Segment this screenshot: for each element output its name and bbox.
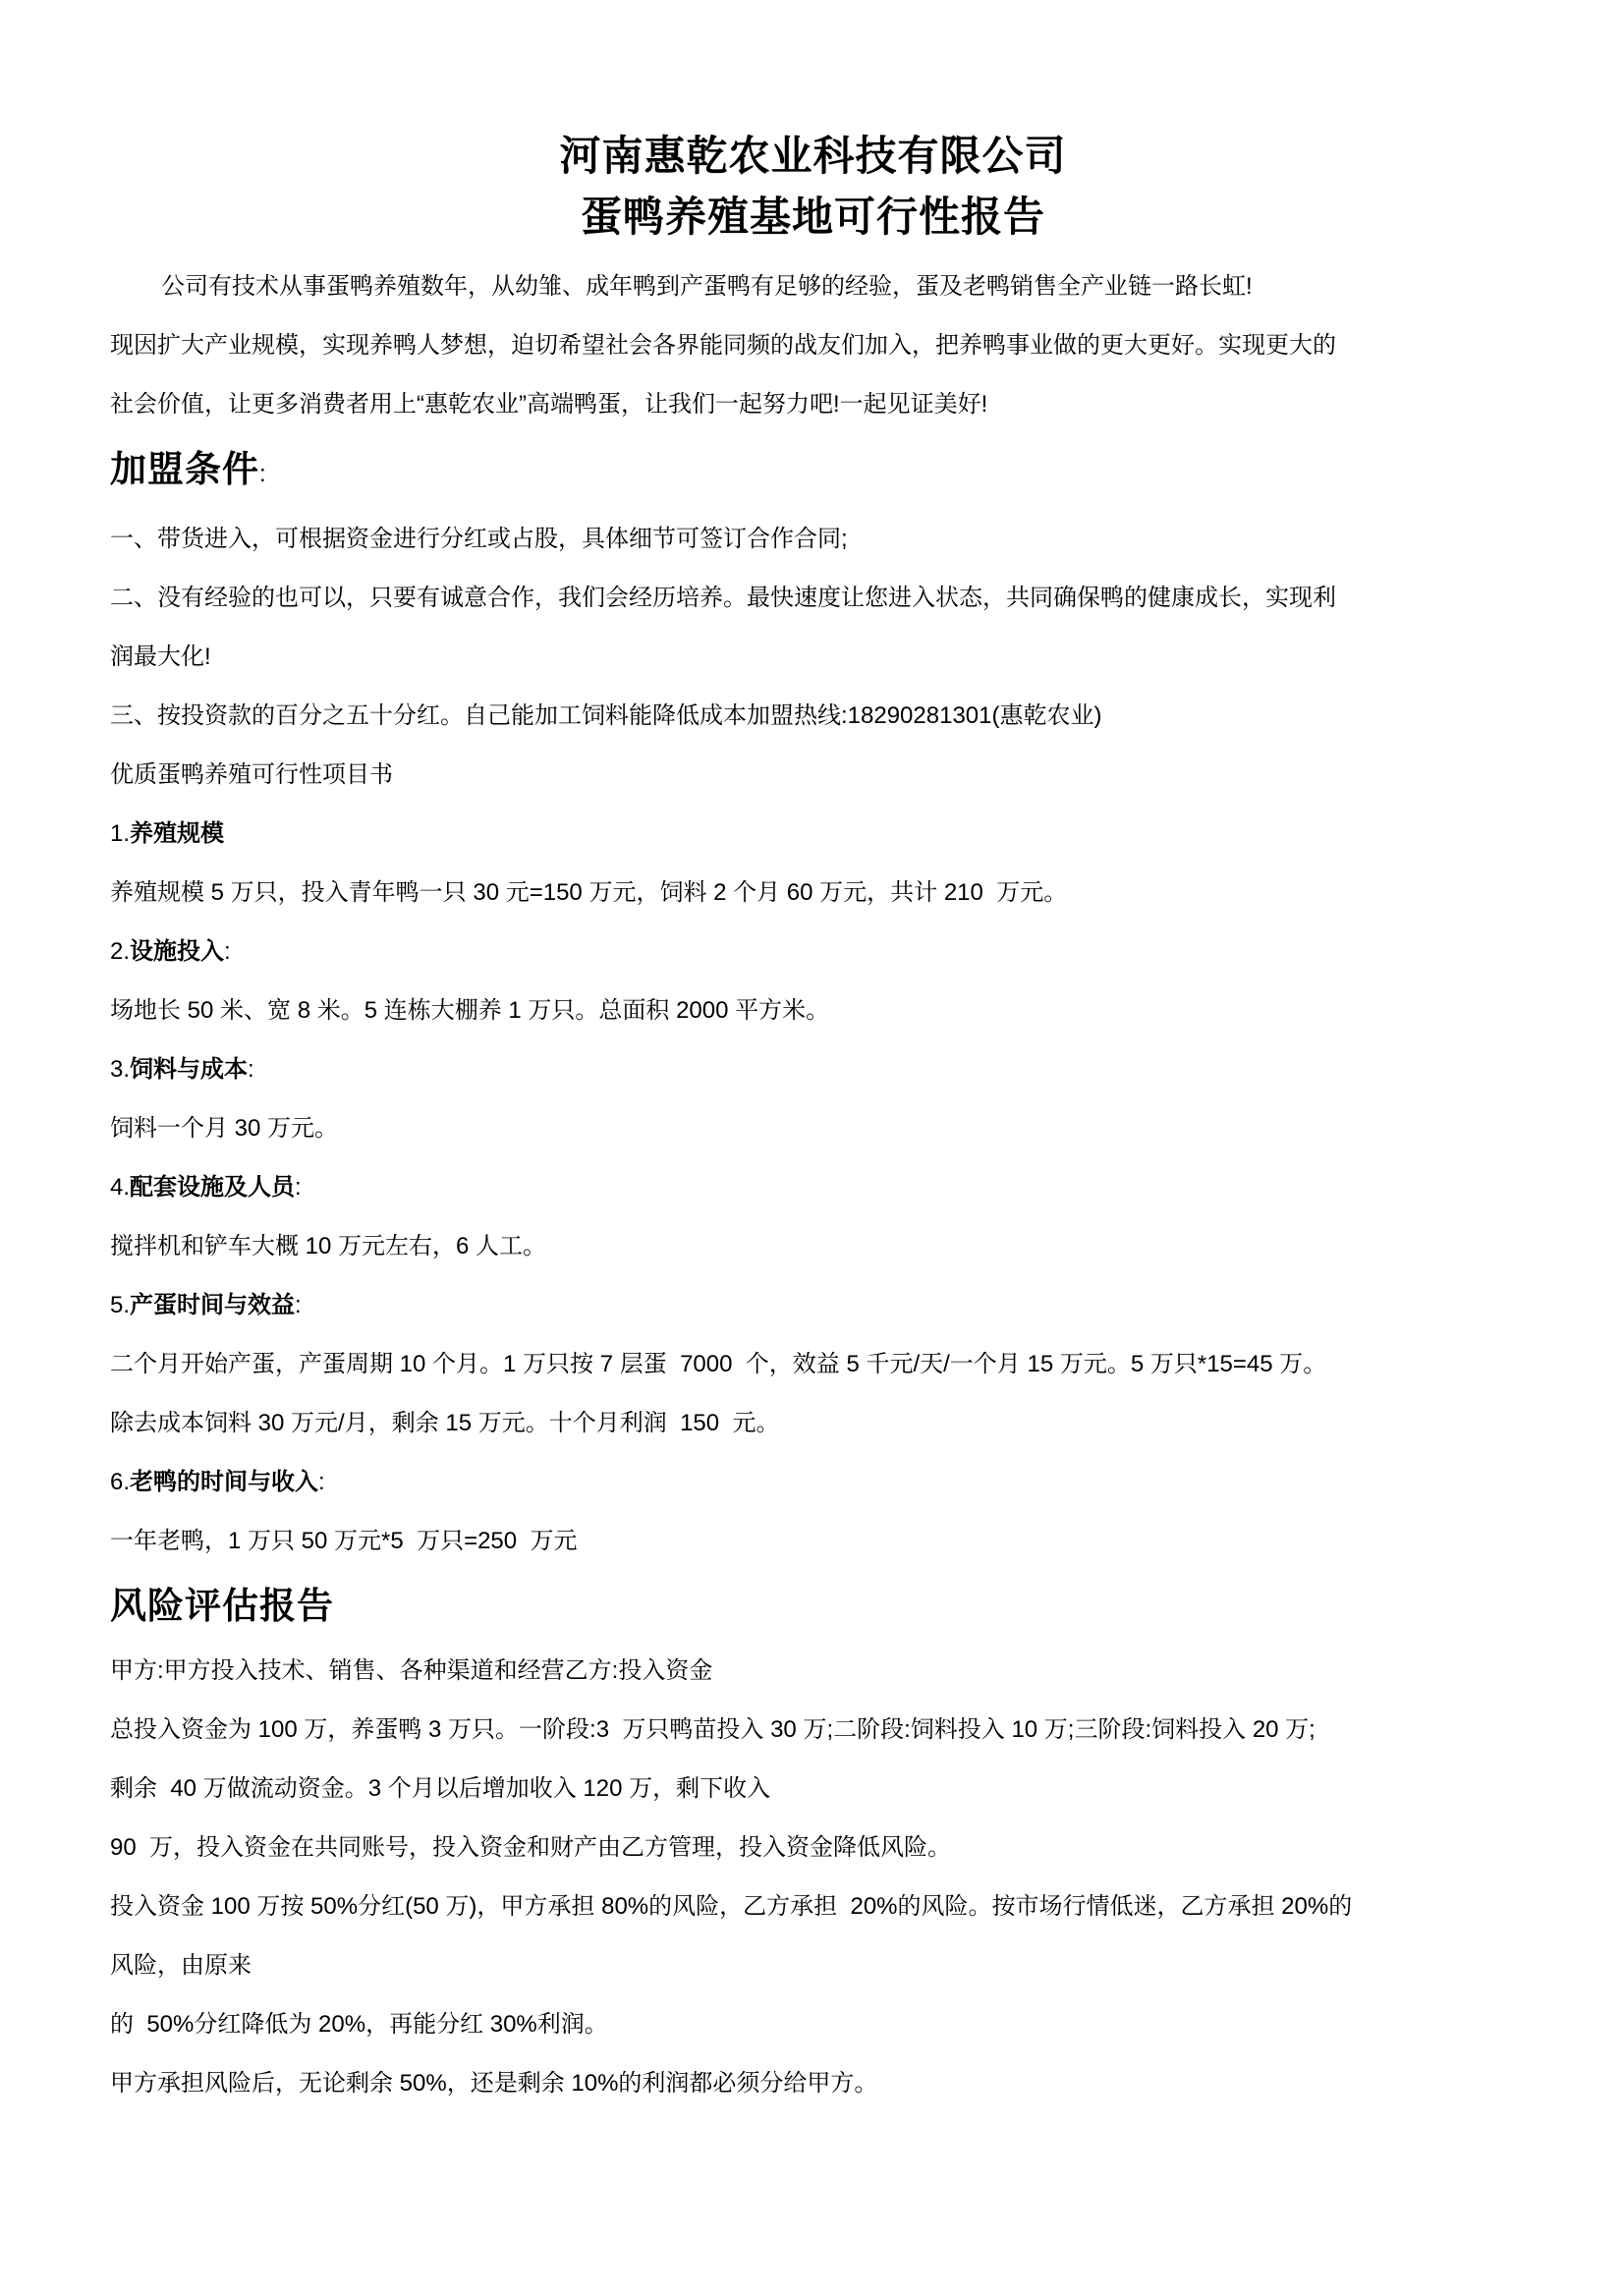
join-item-3: 三、按投资款的百分之五十分红。自己能加工饲料能降低成本加盟热线:18290281… (110, 687, 1516, 746)
section-6-colon: : (318, 1469, 325, 1495)
join-conditions-heading-text: 加盟条件 (110, 449, 259, 489)
section-5-number: 5. (110, 1292, 130, 1318)
document-page: 河南惠乾农业科技有限公司 蛋鸭养殖基地可行性报告 公司有技术从事蛋鸭养殖数年，从… (0, 0, 1624, 2295)
doc-title-block: 河南惠乾农业科技有限公司 蛋鸭养殖基地可行性报告 (110, 126, 1516, 248)
section-3-title: 饲料与成本 (130, 1056, 248, 1083)
section-5-body-line-1: 二个月开始产蛋，产蛋周期 10 个月。1 万只按 7 层蛋 7000 个，效益 … (110, 1335, 1516, 1394)
join-conditions-heading-colon: : (259, 461, 266, 487)
section-2-number: 2. (110, 938, 130, 965)
section-5-body-line-2: 除去成本饲料 30 万元/月，剩余 15 万元。十个月利润 150 元。 (110, 1394, 1516, 1453)
section-3-body-line: 饲料一个月 30 万元。 (110, 1099, 1516, 1158)
section-2-body-line: 场地长 50 米、宽 8 米。5 连栋大棚养 1 万只。总面积 2000 平方米… (110, 981, 1516, 1040)
section-6-body-line: 一年老鸭，1 万只 50 万元*5 万只=250 万元 (110, 1512, 1516, 1571)
section-4-heading: 4.配套设施及人员: (110, 1158, 1516, 1217)
risk-line-7: 的 50%分红降低为 20%，再能分红 30%利润。 (110, 1995, 1516, 2054)
section-1-number: 1. (110, 820, 130, 847)
section-4-number: 4. (110, 1174, 130, 1201)
section-1-body-line: 养殖规模 5 万只，投入青年鸭一只 30 元=150 万元，饲料 2 个月 60… (110, 864, 1516, 923)
risk-line-6: 风险，由原来 (110, 1936, 1516, 1995)
section-2-heading: 2.设施投入: (110, 923, 1516, 981)
section-2-colon: : (224, 938, 231, 965)
section-5-title: 产蛋时间与效益 (130, 1292, 295, 1318)
risk-line-2: 总投入资金为 100 万，养蛋鸭 3 万只。一阶段:3 万只鸭苗投入 30 万;… (110, 1701, 1516, 1760)
section-6-number: 6. (110, 1469, 130, 1495)
risk-line-4: 90 万，投入资金在共同账号，投入资金和财产由乙方管理，投入资金降低风险。 (110, 1819, 1516, 1877)
risk-line-5: 投入资金 100 万按 50%分红(50 万)，甲方承担 80%的风险，乙方承担… (110, 1877, 1516, 1936)
project-book-line: 优质蛋鸭养殖可行性项目书 (110, 746, 1516, 805)
join-item-1: 一、带货进入，可根据资金进行分红或占股，具体细节可签订合作合同; (110, 510, 1516, 569)
section-2-title: 设施投入 (130, 938, 224, 965)
doc-title: 河南惠乾农业科技有限公司 (110, 126, 1516, 187)
join-conditions-heading: 加盟条件: (110, 434, 1516, 510)
section-3-colon: : (248, 1056, 254, 1083)
risk-line-8: 甲方承担风险后，无论剩余 50%，还是剩余 10%的利润都必须分给甲方。 (110, 2054, 1516, 2113)
section-6-title: 老鸭的时间与收入 (130, 1469, 318, 1495)
section-3-number: 3. (110, 1056, 130, 1083)
section-1-title: 养殖规模 (130, 820, 224, 847)
section-4-colon: : (295, 1174, 302, 1201)
section-4-body-line: 搅拌机和铲车大概 10 万元左右，6 人工。 (110, 1217, 1516, 1276)
section-5-heading: 5.产蛋时间与效益: (110, 1276, 1516, 1335)
section-1-heading: 1.养殖规模 (110, 805, 1516, 864)
risk-report-heading: 风险评估报告 (110, 1571, 1516, 1642)
join-item-2-line-2: 润最大化! (110, 628, 1516, 687)
risk-line-3: 剩余 40 万做流动资金。3 个月以后增加收入 120 万，剩下收入 (110, 1760, 1516, 1819)
doc-subtitle: 蛋鸭养殖基地可行性报告 (110, 187, 1516, 248)
section-5-colon: : (295, 1292, 302, 1318)
section-4-title: 配套设施及人员 (130, 1174, 295, 1201)
intro-line-2: 现因扩大产业规模，实现养鸭人梦想，迫切希望社会各界能同频的战友们加入，把养鸭事业… (110, 316, 1516, 375)
join-item-2-line-1: 二、没有经验的也可以，只要有诚意合作，我们会经历培养。最快速度让您进入状态，共同… (110, 569, 1516, 628)
intro-line-3: 社会价值，让更多消费者用上“惠乾农业”高端鸭蛋，让我们一起努力吧!一起见证美好! (110, 375, 1516, 434)
intro-line-1: 公司有技术从事蛋鸭养殖数年，从幼雏、成年鸭到产蛋鸭有足够的经验，蛋及老鸭销售全产… (110, 257, 1516, 316)
section-3-heading: 3.饲料与成本: (110, 1040, 1516, 1099)
section-6-heading: 6.老鸭的时间与收入: (110, 1453, 1516, 1512)
risk-line-1: 甲方:甲方投入技术、销售、各种渠道和经营乙方:投入资金 (110, 1642, 1516, 1701)
